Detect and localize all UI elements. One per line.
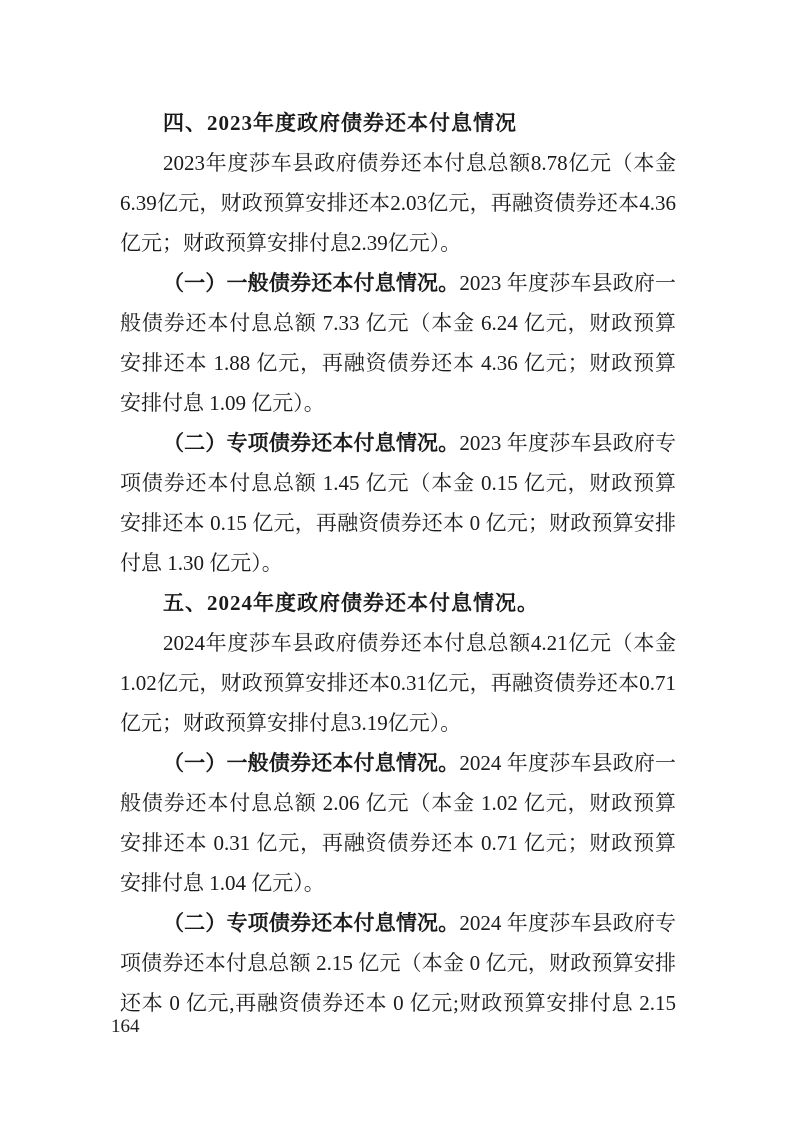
text-line: 还本 0 亿元,再融资债券还本 0 亿元;财政预算安排付息 2.15 [120, 983, 676, 1023]
text-line: 安排付息 1.04 亿元）。 [120, 863, 676, 903]
text-run: 安排还本 0.15 亿元，再融资债券还本 0 亿元；财政预算安排 [120, 511, 676, 535]
bold-text-run: 四、2023年度政府债券还本付息情况 [163, 111, 517, 135]
text-line: （二）专项债券还本付息情况。2023 年度莎车县政府专 [120, 423, 676, 463]
text-line: 安排还本 0.15 亿元，再融资债券还本 0 亿元；财政预算安排 [120, 503, 676, 543]
page-number: 164 [111, 1014, 140, 1040]
text-run: 项债券还本付息总额 2.15 亿元（本金 0 亿元，财政预算安排 [120, 951, 676, 975]
text-run: 般债券还本付息总额 7.33 亿元（本金 6.24 亿元，财政预算 [120, 311, 676, 335]
text-run: 2024 年度莎车县政府一 [459, 751, 676, 775]
text-line: （一）一般债券还本付息情况。2023 年度莎车县政府一 [120, 263, 676, 303]
text-run: 2024年度莎车县政府债券还本付息总额4.21亿元（本金 [163, 631, 676, 655]
bold-text-run: （一）一般债券还本付息情况。 [163, 751, 459, 775]
text-run: 2023年度莎车县政府债券还本付息总额8.78亿元（本金 [163, 151, 676, 175]
bold-text-run: （一）一般债券还本付息情况。 [163, 271, 459, 295]
text-line: 亿元；财政预算安排付息3.19亿元）。 [120, 703, 676, 743]
text-run: 安排还本 0.31 亿元，再融资债券还本 0.71 亿元；财政预算 [120, 831, 676, 855]
text-line: 项债券还本付息总额 2.15 亿元（本金 0 亿元，财政预算安排 [120, 943, 676, 983]
text-run: 2024 年度莎车县政府专 [459, 911, 676, 935]
text-run: 安排还本 1.88 亿元，再融资债券还本 4.36 亿元；财政预算 [120, 351, 676, 375]
text-run: 安排付息 1.09 亿元）。 [120, 391, 325, 415]
bold-text-run: （二）专项债券还本付息情况。 [163, 911, 459, 935]
text-run: 安排付息 1.04 亿元）。 [120, 871, 325, 895]
document-page: 四、2023年度政府债券还本付息情况2023年度莎车县政府债券还本付息总额8.7… [0, 0, 793, 1122]
text-line: 安排还本 0.31 亿元，再融资债券还本 0.71 亿元；财政预算 [120, 823, 676, 863]
text-run: 2023 年度莎车县政府一 [459, 271, 676, 295]
text-line: 般债券还本付息总额 2.06 亿元（本金 1.02 亿元，财政预算 [120, 783, 676, 823]
text-line: 2023年度莎车县政府债券还本付息总额8.78亿元（本金 [120, 143, 676, 183]
text-line: 项债券还本付息总额 1.45 亿元（本金 0.15 亿元，财政预算 [120, 463, 676, 503]
text-run: 项债券还本付息总额 1.45 亿元（本金 0.15 亿元，财政预算 [120, 471, 676, 495]
text-run: 还本 0 亿元,再融资债券还本 0 亿元;财政预算安排付息 2.15 [120, 991, 676, 1015]
text-line: 亿元；财政预算安排付息2.39亿元）。 [120, 223, 676, 263]
text-line: 安排还本 1.88 亿元，再融资债券还本 4.36 亿元；财政预算 [120, 343, 676, 383]
section-heading: 五、2024年度政府债券还本付息情况。 [120, 583, 676, 623]
text-line: 安排付息 1.09 亿元）。 [120, 383, 676, 423]
section-heading: 四、2023年度政府债券还本付息情况 [120, 103, 676, 143]
text-run: 6.39亿元，财政预算安排还本2.03亿元，再融资债券还本4.36 [120, 191, 676, 215]
text-block: 四、2023年度政府债券还本付息情况2023年度莎车县政府债券还本付息总额8.7… [120, 103, 676, 1023]
text-line: （一）一般债券还本付息情况。2024 年度莎车县政府一 [120, 743, 676, 783]
bold-text-run: （二）专项债券还本付息情况。 [163, 431, 459, 455]
text-line: 6.39亿元，财政预算安排还本2.03亿元，再融资债券还本4.36 [120, 183, 676, 223]
text-run: 2023 年度莎车县政府专 [459, 431, 676, 455]
bold-text-run: 五、2024年度政府债券还本付息情况。 [163, 591, 539, 615]
text-run: 亿元；财政预算安排付息2.39亿元）。 [120, 231, 461, 255]
text-line: 2024年度莎车县政府债券还本付息总额4.21亿元（本金 [120, 623, 676, 663]
text-line: 般债券还本付息总额 7.33 亿元（本金 6.24 亿元，财政预算 [120, 303, 676, 343]
text-line: （二）专项债券还本付息情况。2024 年度莎车县政府专 [120, 903, 676, 943]
text-line: 付息 1.30 亿元）。 [120, 543, 676, 583]
text-run: 付息 1.30 亿元）。 [120, 551, 283, 575]
text-line: 1.02亿元，财政预算安排还本0.31亿元，再融资债券还本0.71 [120, 663, 676, 703]
text-run: 亿元；财政预算安排付息3.19亿元）。 [120, 711, 461, 735]
text-run: 般债券还本付息总额 2.06 亿元（本金 1.02 亿元，财政预算 [120, 791, 676, 815]
text-run: 1.02亿元，财政预算安排还本0.31亿元，再融资债券还本0.71 [120, 671, 676, 695]
